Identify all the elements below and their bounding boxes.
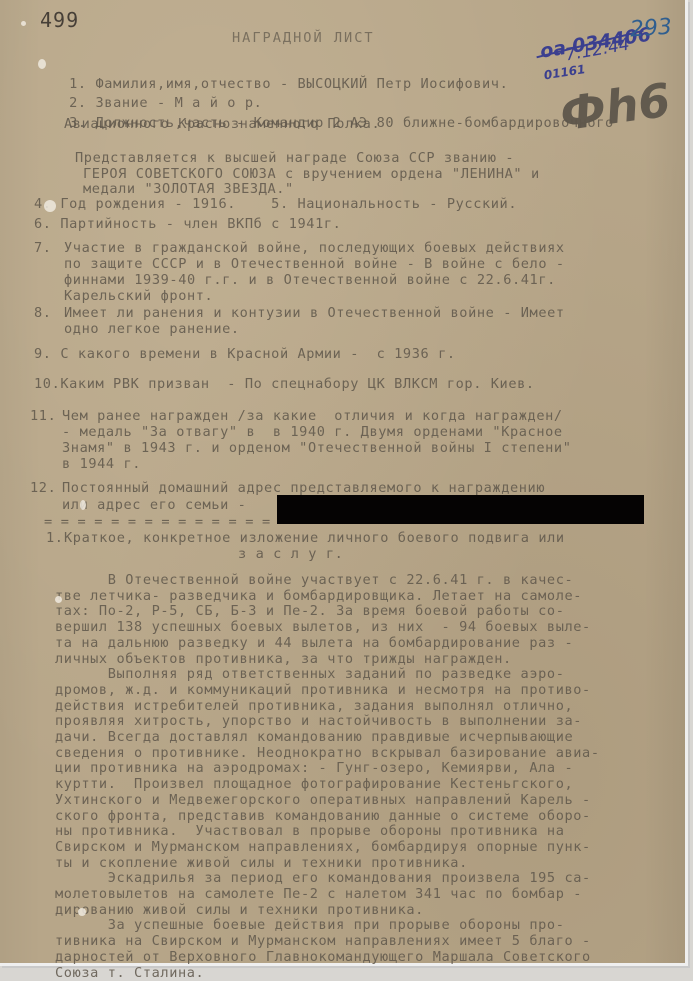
narrative-line: тве летчика- разведчика и бомбардировщик… xyxy=(55,588,582,604)
narrative-line: вершил 138 успешных боевых вылетов, из н… xyxy=(55,619,591,635)
narrative-line: Свирском и Мурманском направлениях, бомб… xyxy=(55,839,591,855)
narrative-line: проявляя хитрость, упорство и настойчиво… xyxy=(55,713,582,729)
narrative-line: В Отечественной войне участвует с 22.6.4… xyxy=(55,572,573,588)
paper-speck xyxy=(38,59,46,69)
paper-speck xyxy=(55,596,62,603)
field-7-line: Карельский фронт. xyxy=(64,288,213,304)
stamp-registry-suffix: 01161 xyxy=(543,62,586,82)
field-7-line: финнами 1939-40 г.г. и в Отечественной в… xyxy=(64,272,556,288)
narrative-line: Ухтинского и Медвежегорского оперативных… xyxy=(55,792,591,808)
field-7-line: по защите СССР и в Отечественной войне -… xyxy=(64,256,565,272)
field-8-num: 8. xyxy=(34,305,52,321)
paper-speck xyxy=(44,200,56,212)
field-11-num: 11. xyxy=(30,408,56,424)
narrative-line: дированию живой силы и техники противник… xyxy=(55,902,424,918)
narrative-line: молетовылетов на самолете Пе-2 с налетом… xyxy=(55,886,582,902)
paper-speck xyxy=(78,908,86,916)
field-11-line: Знамя" в 1943 г. и орденом "Отечественно… xyxy=(62,440,571,456)
narrative-line: ции противника на аэродромах: - Гунг-озе… xyxy=(55,760,573,776)
narrative-line: действия истребителей противника, задани… xyxy=(55,698,573,714)
field-12-line: или адрес его семьи - xyxy=(62,497,246,513)
field-8-line: Имеет ли ранения и контузии в Отечествен… xyxy=(64,305,565,321)
narrative-line: ты и скопление живой силы и техники прот… xyxy=(55,855,468,871)
narrative-line: дачи. Всегда доставлял командованию прав… xyxy=(55,729,573,745)
narrative-line: дарностей от Верховного Главнокомандующе… xyxy=(55,949,591,965)
document-title: НАГРАДНОЙ ЛИСТ xyxy=(232,30,375,46)
field-8-line: одно легкое ранение. xyxy=(64,321,240,337)
narrative-line: За успешные боевые действия при прорыве … xyxy=(55,917,564,933)
field-11-line: Чем ранее награжден /за какие отличия и … xyxy=(62,408,563,424)
summary-heading-line-2: з а с л у г. xyxy=(238,546,343,562)
nomination-line-2: ГЕРОЯ СОВЕТСКОГО СОЮЗА с вручением орден… xyxy=(83,166,540,182)
field-party: 6. Партийность - член ВКПб с 1941г. xyxy=(34,216,341,232)
award-sheet-page: 499 оа 034406 01161 7.12.44 293 Фh6 НАГР… xyxy=(0,0,688,966)
address-redaction xyxy=(277,495,644,524)
narrative-line: тивника на Свирском и Мурманском направл… xyxy=(55,933,591,949)
paper-speck xyxy=(80,500,86,510)
field-11-line: - медаль "За отвагу" в в 1940 г. Двумя о… xyxy=(62,424,563,440)
narrative-line: куртти. Произвел площадное фотографирова… xyxy=(55,776,573,792)
narrative-line: Выполняя ряд ответственных заданий по ра… xyxy=(55,666,564,682)
narrative-line: та на дальнюю разведку и 44 вылета на бо… xyxy=(55,635,573,651)
field-7-num: 7. xyxy=(34,240,52,256)
narrative-line: дромов, ж.д. и коммуникаций противника и… xyxy=(55,682,591,698)
summary-heading-line-1: Краткое, конкретное изложение личного бо… xyxy=(64,530,565,546)
stamp-number: 293 xyxy=(629,15,673,43)
paper-speck xyxy=(21,21,26,26)
field-12-line: Постоянный домашний адрес представляемог… xyxy=(62,480,545,496)
field-position-cont: Авиационного Краснознаменного Полка. xyxy=(64,116,380,132)
narrative-line: тах: По-2, Р-5, СБ, Б-3 и Пе-2. За время… xyxy=(55,603,564,619)
narrative-line: сведения о противнике. Неоднократно вскр… xyxy=(55,745,600,761)
field-9: 9. С какого времени в Красной Армии - с … xyxy=(34,346,456,362)
narrative-line: личных объектов противника, за что трижд… xyxy=(55,651,512,667)
summary-num: 1. xyxy=(46,530,64,546)
field-birth-nationality: 4. Год рождения - 1916. 5. Национальност… xyxy=(34,196,517,212)
narrative-line: Союза т. Сталина. xyxy=(55,965,204,972)
nomination-line-3: медали "ЗОЛОТАЯ ЗВЕЗДА." xyxy=(83,181,294,197)
narrative-line: Эскадрилья за период его командования пр… xyxy=(55,870,591,886)
field-10: 10.Каким РВК призван - По спецнабору ЦК … xyxy=(34,376,535,392)
nomination-line-1: Представляется к высшей награде Союза СС… xyxy=(75,150,514,166)
narrative-line: ского фронта, представив командованию да… xyxy=(55,808,591,824)
archive-number: 499 xyxy=(40,8,79,32)
field-12-num: 12. xyxy=(30,480,56,496)
field-11-line: в 1944 г. xyxy=(62,456,141,472)
field-7-line: Участие в гражданской войне, последующих… xyxy=(64,240,565,256)
narrative-line: ны противника. Участвовал в прорыве обор… xyxy=(55,823,564,839)
